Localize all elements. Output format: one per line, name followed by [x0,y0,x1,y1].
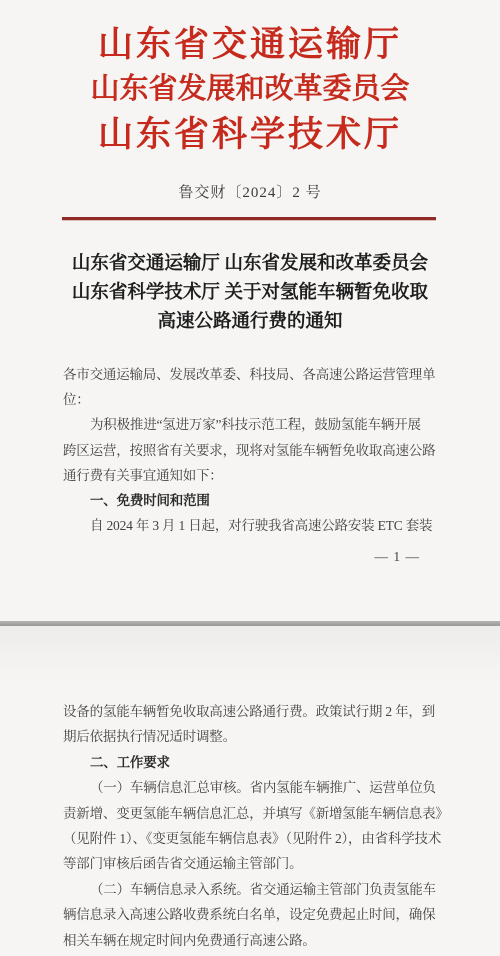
body-line: （见附件 1）、《变更氢能车辆信息表》（见附件 2），由省科学技术 [63,826,453,851]
body-line: 辆信息录入高速公路收费系统白名单，设定免费起止时间，确保 [63,902,453,927]
letterhead-red-rule [62,217,436,220]
page2-top-shadow [0,626,500,681]
org-name-line: 山东省发展和改革委员会 [0,67,500,112]
body-line: 责新增、变更氢能车辆信息汇总，并填写《新增氢能车辆信息表》 [63,801,453,826]
official-notice-scan: 山东省交通运输厅 山东省发展和改革委员会 山东省科学技术厅 鲁交财〔2024〕2… [0,0,500,956]
org-name-line: 山东省科学技术厅 [0,112,500,157]
body-line: 期后依据执行情况适时调整。 [63,724,453,749]
body-line: 等部门审核后函告省交通运输主管部门。 [63,851,453,876]
body-line: 为积极推进“氢进万家”科技示范工程，鼓励氢能车辆开展 [63,412,453,437]
section-heading: 二、工作要求 [63,750,453,775]
page1-body: 各市交通运输局、发展改革委、科技局、各高速公路运营管理单 位： 为积极推进“氢进… [63,362,453,538]
body-line: （一）车辆信息汇总审核。省内氢能车辆推广、运营单位负 [63,775,453,800]
page-divider [0,621,500,626]
body-line: （二）车辆信息录入系统。省交通运输主管部门负责氢能车 [63,877,453,902]
org-name-line: 山东省交通运输厅 [0,22,500,67]
body-line: 设备的氢能车辆暂免收取高速公路通行费。政策试行期 2 年，到 [63,699,453,724]
title-line: 高速公路通行费的通知 [0,308,500,337]
body-line: 各市交通运输局、发展改革委、科技局、各高速公路运营管理单 [63,362,453,387]
body-line: 通行费有关事宜通知如下： [63,463,453,488]
section-heading: 一、免费时间和范围 [63,488,453,513]
page2-body: 设备的氢能车辆暂免收取高速公路通行费。政策试行期 2 年，到 期后依据执行情况适… [63,699,453,953]
body-line: 跨区运营，按照省有关要求，现将对氢能车辆暂免收取高速公路 [63,438,453,463]
letterhead: 山东省交通运输厅 山东省发展和改革委员会 山东省科学技术厅 [0,22,500,157]
body-line: 自 2024 年 3 月 1 日起，对行驶我省高速公路安装 ETC 套装 [63,513,453,538]
title-line: 山东省科学技术厅 关于对氢能车辆暂免收取 [0,279,500,308]
document-number: 鲁交财〔2024〕2 号 [0,181,500,202]
page-number: — 1 — [375,549,421,565]
title-line: 山东省交通运输厅 山东省发展和改革委员会 [0,250,500,279]
body-line: 相关车辆在规定时间内免费通行高速公路。 [63,928,453,953]
body-line: 位： [63,387,453,412]
document-title: 山东省交通运输厅 山东省发展和改革委员会 山东省科学技术厅 关于对氢能车辆暂免收… [0,250,500,337]
